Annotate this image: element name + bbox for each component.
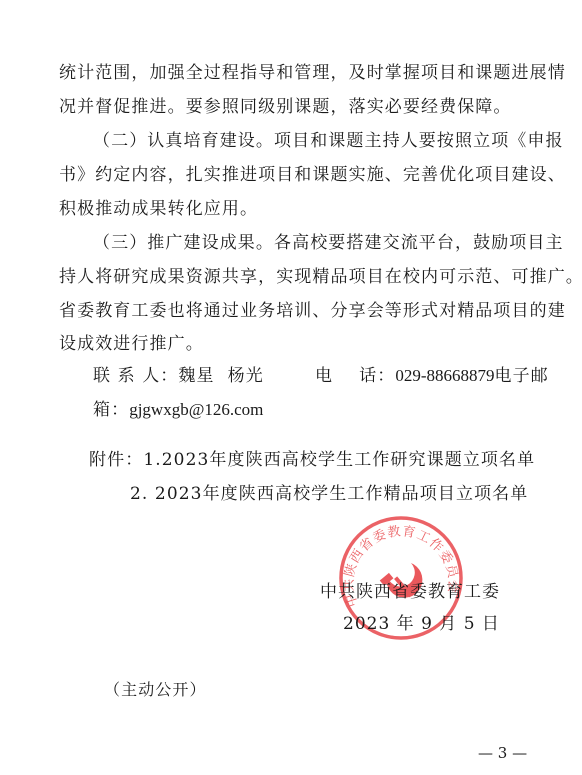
paragraph-3-line-1: （三）推广建设成果。各高校要搭建交流平台，鼓励项目主 — [93, 233, 564, 253]
contact-phone-line: 电 话：029-88668879电子邮 — [315, 366, 549, 386]
paragraph-1-line-2: 况并督促推进。要参照同级别课题，落实必要经费保障。 — [59, 97, 512, 117]
paragraph-3-line-3: 省委教育工委也将通过业务培训、分享会等形式对精品项目的建 — [59, 301, 566, 321]
paragraph-1-line-1: 统计范围，加强全过程指导和管理，及时掌握项目和课题进展情 — [59, 63, 566, 83]
paragraph-2-line-1: （二）认真培育建设。项目和课题主持人要按照立项《申报 — [93, 131, 564, 151]
attachment-item-1: 1.2023年度陕西高校学生工作研究课题立项名单 — [143, 450, 535, 470]
page-number: — 3 — — [478, 744, 527, 762]
email-address[interactable]: gjgwxgb@126.com — [129, 400, 263, 419]
disclosure-note: （主动公开） — [104, 680, 207, 700]
paragraph-3-line-4: 设成效进行推广。 — [59, 334, 204, 354]
paragraph-2-line-2: 书》约定内容，扎实推进项目和课题实施、完善优化项目建设、 — [59, 165, 566, 185]
phone-label: 电 话： — [315, 366, 395, 386]
contact-person-label: 联 系 人： — [93, 366, 178, 386]
issue-date: 2023 年 9 月 5 日 — [343, 609, 500, 634]
contact-persons: 魏星 杨光 — [178, 366, 263, 386]
contact-line: 联 系 人：魏星 杨光 — [93, 366, 264, 386]
email-line: 箱：gjgwxgb@126.com — [93, 400, 263, 420]
paragraph-3-line-2: 持人将研究成果资源共享，实现精品项目在校内可示范、可推广。 — [59, 267, 582, 287]
email-label-part2: 箱： — [93, 400, 129, 420]
phone-number: 029-88668879 — [395, 366, 494, 385]
paragraph-2-line-3: 积极推动成果转化应用。 — [59, 199, 258, 219]
attachment-line-2: 2. 2023年度陕西高校学生工作精品项目立项名单 — [130, 484, 528, 504]
email-label-part1: 电子邮 — [495, 366, 549, 386]
attachments-label: 附件： — [89, 450, 143, 470]
issuing-organization: 中共陕西省委教育工委 — [320, 577, 500, 602]
attachment-line-1: 附件：1.2023年度陕西高校学生工作研究课题立项名单 — [89, 450, 535, 470]
